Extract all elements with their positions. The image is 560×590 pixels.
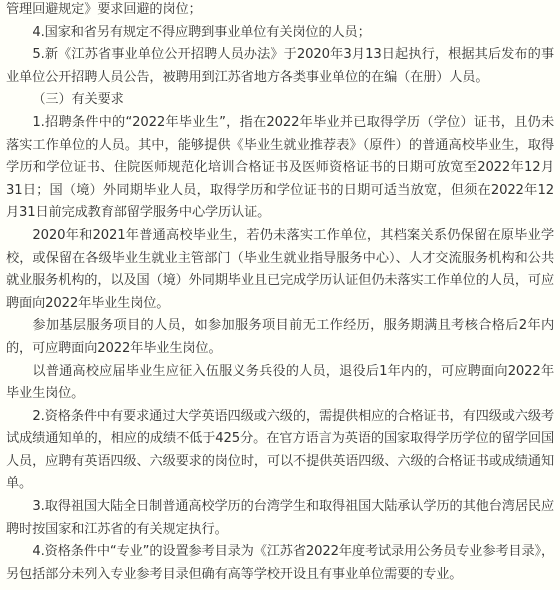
paragraph-requirement-3: 3.取得祖国大陆全日制普通高校学历的台湾学生和取得祖国大陆承认学历的其他台湾居民… <box>6 496 554 541</box>
paragraph-avoidance-tail: 管理回避规定》要求回避的岗位； <box>6 0 554 22</box>
paragraph-military-service: 以普通高校应届毕业生应征入伍服义务兵役的人员，退役后1年内的，可应聘面向2022… <box>6 361 554 406</box>
section-heading-requirements: （三）有关要求 <box>6 89 554 112</box>
paragraph-requirement-4: 4.资格条件中“专业”的设置参考目录为《江苏省2022年度考试录用公务员专业参考… <box>6 541 554 586</box>
paragraph-requirement-1: 1.招聘条件中的“2022年毕业生”，指在2022年毕业并已取得学历（学位）证书… <box>6 112 554 225</box>
document-body: 管理回避规定》要求回避的岗位； 4.国家和省另有规定不得应聘到事业单位有关岗位的… <box>0 0 560 586</box>
paragraph-item-5: 5.新《江苏省事业单位公开招聘人员办法》于2020年3月13日起执行，根据其后发… <box>6 44 554 89</box>
paragraph-prior-graduates: 2020年和2021年普通高校毕业生，若仍未落实工作单位，其档案关系仍保留在原毕… <box>6 225 554 315</box>
paragraph-item-4: 4.国家和省另有规定不得应聘到事业单位有关岗位的人员； <box>6 22 554 45</box>
paragraph-requirement-2: 2.资格条件中有要求通过大学英语四级或六级的，需提供相应的合格证书，有四级或六级… <box>6 406 554 496</box>
paragraph-grassroots-service: 参加基层服务项目的人员，如参加服务项目前无工作经历，服务期满且考核合格后2年内的… <box>6 315 554 360</box>
